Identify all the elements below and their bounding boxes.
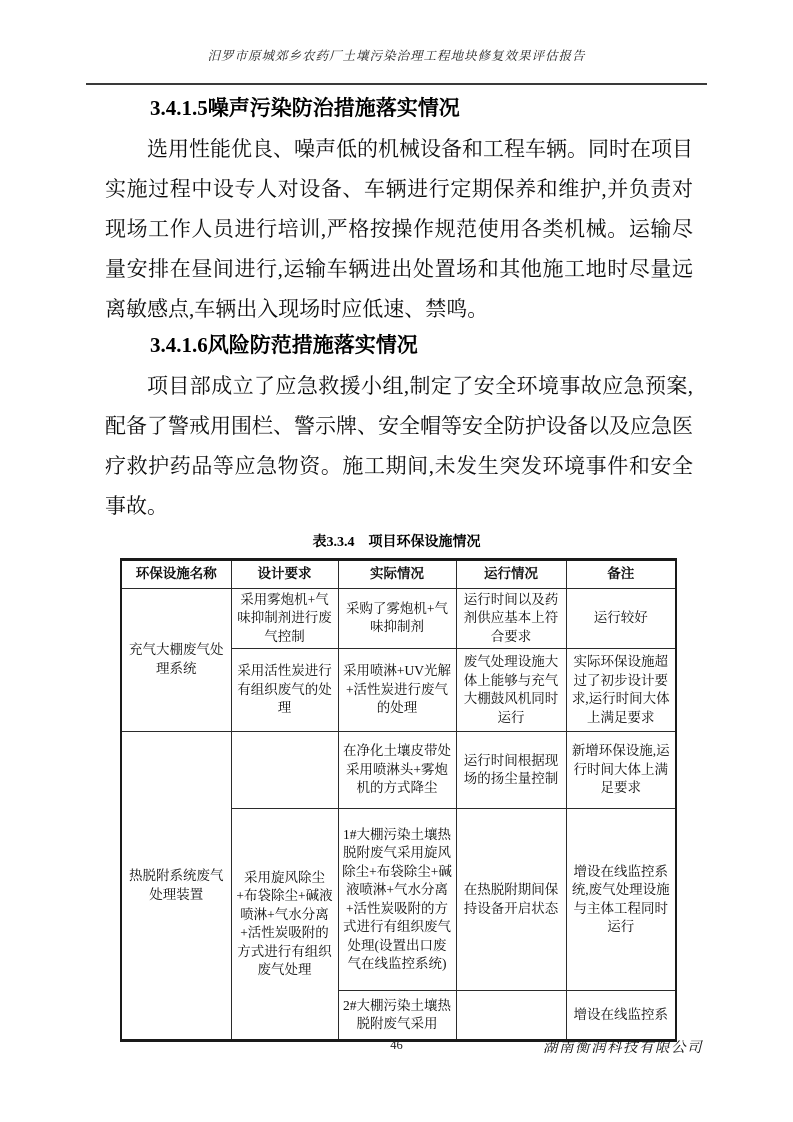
cell-actual: 采用喷淋+UV光解+活性炭进行废气的处理 bbox=[338, 649, 456, 732]
col-header-facility-name: 环保设施名称 bbox=[121, 560, 231, 589]
cell-operation-empty bbox=[456, 991, 566, 1041]
footer-company-name: 湖南衡润科技有限公司 bbox=[543, 1036, 703, 1057]
cell-design: 采用活性炭进行有组织废气的处理 bbox=[231, 649, 338, 732]
cell-remark: 实际环保设施超过了初步设计要求,运行时间大体上满足要求 bbox=[566, 649, 676, 732]
section-heading-noise: 3.4.1.5噪声污染防治措施落实情况 bbox=[150, 95, 707, 121]
clipped-text: 2#大棚污染土壤热脱附废气采用 bbox=[342, 997, 453, 1034]
cell-remark-clipped: 增设在线监控系 bbox=[566, 991, 676, 1041]
col-header-actual: 实际情况 bbox=[338, 560, 456, 589]
header-divider bbox=[86, 83, 707, 85]
cell-actual-clipped: 2#大棚污染土壤热脱附废气采用 bbox=[338, 991, 456, 1041]
table-row: 热脱附系统废气处理装置 在净化土壤皮带处采用喷淋头+雾炮机的方式降尘 运行时间根… bbox=[121, 732, 676, 809]
cell-operation: 在热脱附期间保持设备开启状态 bbox=[456, 809, 566, 991]
cell-remark: 运行较好 bbox=[566, 588, 676, 649]
cell-actual: 1#大棚污染土壤热脱附废气采用旋风除尘+布袋除尘+碱液喷淋+气水分离+活性炭吸附… bbox=[338, 809, 456, 991]
cell-actual: 在净化土壤皮带处采用喷淋头+雾炮机的方式降尘 bbox=[338, 732, 456, 809]
cell-group1-name: 充气大棚废气处理系统 bbox=[121, 588, 231, 732]
table-header-row: 环保设施名称 设计要求 实际情况 运行情况 备注 bbox=[121, 560, 676, 589]
col-header-remark: 备注 bbox=[566, 560, 676, 589]
cell-operation: 运行时间以及药剂供应基本上符合要求 bbox=[456, 588, 566, 649]
cell-design: 采用雾炮机+气味抑制剂进行废气控制 bbox=[231, 588, 338, 649]
section-paragraph-noise: 选用性能优良、噪声低的机械设备和工程车辆。同时在项目实施过程中设专人对设备、车辆… bbox=[105, 129, 693, 329]
page-header-title: 汨罗市原城郊乡农药厂土壤污染治理工程地块修复效果评估报告 bbox=[86, 46, 707, 64]
env-facility-table: 环保设施名称 设计要求 实际情况 运行情况 备注 充气大棚废气处理系统 采用雾炮… bbox=[120, 558, 677, 1042]
cell-remark: 增设在线监控系统,废气处理设施与主体工程同时运行 bbox=[566, 809, 676, 991]
section-paragraph-risk: 项目部成立了应急救援小组,制定了安全环境事故应急预案,配备了警戒用围栏、警示牌、… bbox=[105, 366, 693, 526]
page-content: 汨罗市原城郊乡农药厂土壤污染治理工程地块修复效果评估报告 3.4.1.5噪声污染… bbox=[86, 0, 707, 1042]
col-header-operation: 运行情况 bbox=[456, 560, 566, 589]
report-page: 汨罗市原城郊乡农药厂土壤污染治理工程地块修复效果评估报告 3.4.1.5噪声污染… bbox=[0, 0, 793, 1122]
cell-operation: 运行时间根据现场的扬尘量控制 bbox=[456, 732, 566, 809]
cell-design: 采用旋风除尘+布袋除尘+碱液喷淋+气水分离+活性炭吸附的方式进行有组织废气处理 bbox=[231, 809, 338, 1041]
section-heading-risk: 3.4.1.6风险防范措施落实情况 bbox=[150, 332, 707, 358]
cell-design-empty bbox=[231, 732, 338, 809]
col-header-design-req: 设计要求 bbox=[231, 560, 338, 589]
table-caption: 表3.3.4 项目环保设施情况 bbox=[86, 531, 707, 551]
cell-actual: 采购了雾炮机+气味抑制剂 bbox=[338, 588, 456, 649]
cell-remark: 新增环保设施,运行时间大体上满足要求 bbox=[566, 732, 676, 809]
cell-group2-name: 热脱附系统废气处理装置 bbox=[121, 732, 231, 1041]
table-row: 充气大棚废气处理系统 采用雾炮机+气味抑制剂进行废气控制 采购了雾炮机+气味抑制… bbox=[121, 588, 676, 649]
cell-operation: 废气处理设施大体上能够与充气大棚鼓风机同时运行 bbox=[456, 649, 566, 732]
